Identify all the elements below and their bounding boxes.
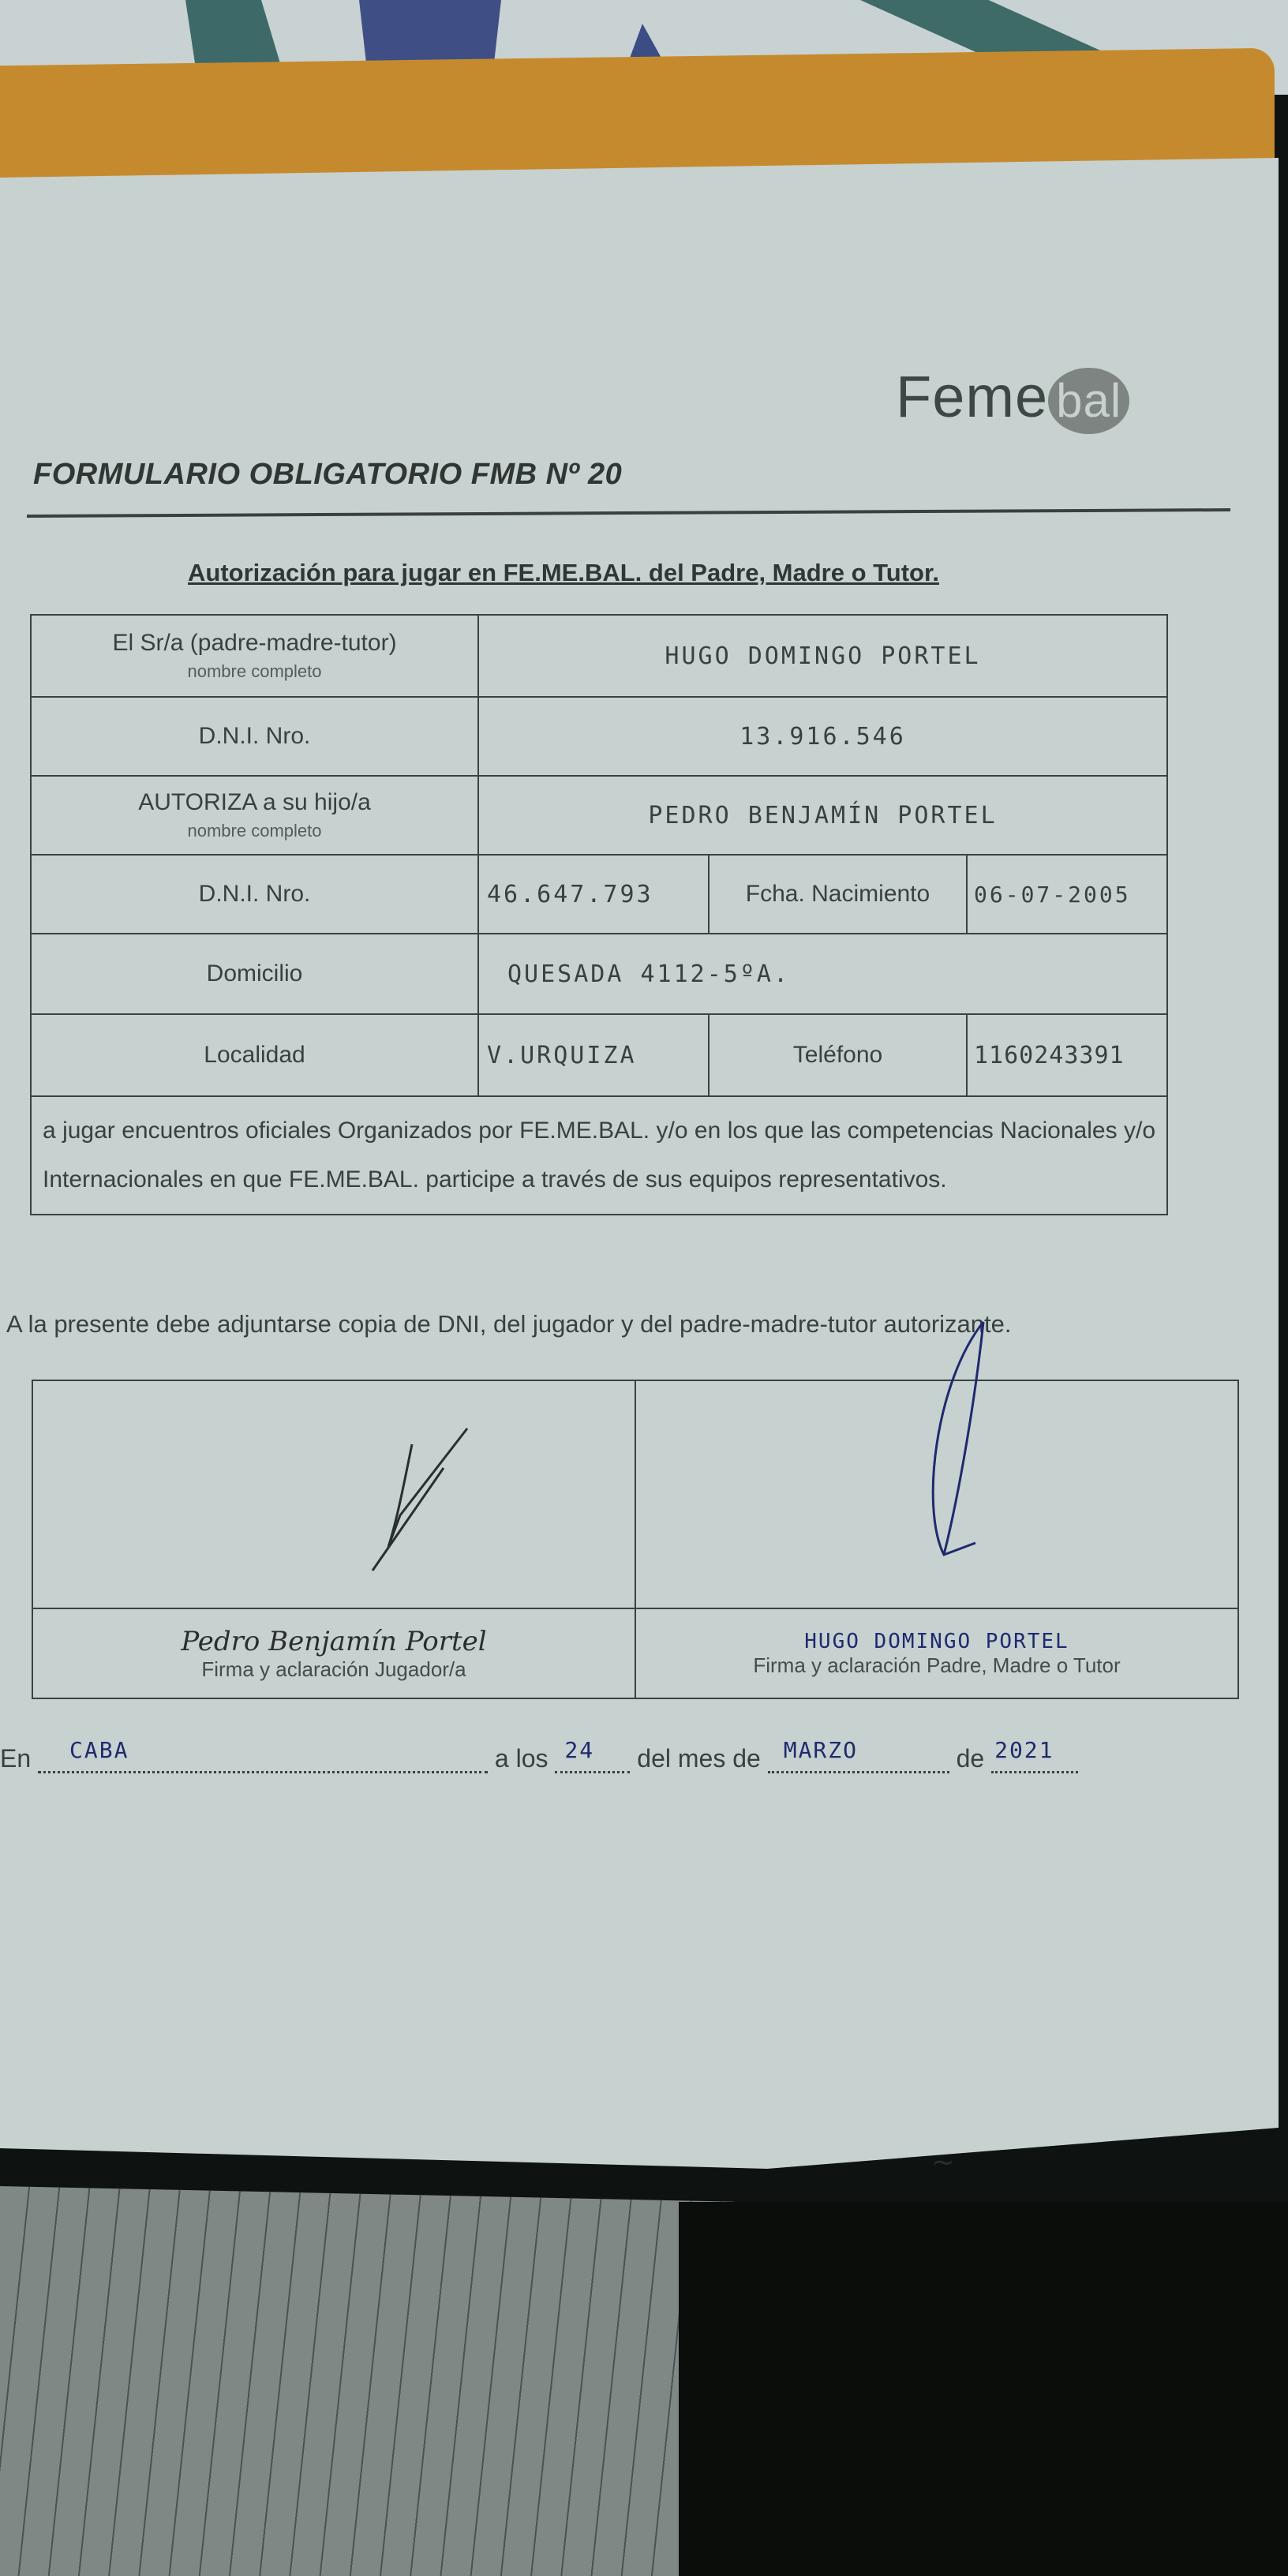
guardian-label-cell: El Sr/a (padre-madre-tutor) nombre compl…: [31, 615, 478, 697]
reverse-side-signature: ~: [931, 2147, 955, 2179]
authorization-paragraph: a jugar encuentros oficiales Organizados…: [31, 1096, 1167, 1215]
player-signature-icon: [325, 1421, 483, 1594]
child-dni-label: D.N.I. Nro.: [31, 855, 478, 934]
guardian-name-field[interactable]: HUGO DOMINGO PORTEL: [478, 615, 1167, 697]
child-name-field[interactable]: PEDRO BENJAMÍN PORTEL: [478, 776, 1167, 855]
document: Femebal FORMULARIO OBLIGATORIO FMB Nº 20…: [0, 0, 1288, 2576]
address-label: Domicilio: [31, 934, 478, 1014]
day-field[interactable]: 24: [555, 1755, 630, 1773]
child-label-cell: AUTORIZA a su hijo/a nombre completo: [31, 776, 478, 855]
date-place-line: En CABA a los 24 del mes de MARZO de 202…: [0, 1744, 1078, 1773]
child-dni-field[interactable]: 46.647.793: [478, 855, 709, 934]
birth-date-label: Fcha. Nacimiento: [709, 855, 967, 934]
guardian-printed-name: HUGO DOMINGO PORTEL: [637, 1630, 1237, 1653]
guardian-clarification-cell: HUGO DOMINGO PORTEL Firma y aclaración P…: [635, 1608, 1238, 1698]
guardian-label: El Sr/a (padre-madre-tutor): [112, 630, 396, 656]
form-title: FORMULARIO OBLIGATORIO FMB Nº 20: [33, 458, 622, 492]
guardian-caption: Firma y aclaración Padre, Madre o Tutor: [753, 1653, 1120, 1677]
day-value: 24: [564, 1737, 594, 1763]
year-field[interactable]: 2021: [991, 1755, 1078, 1773]
player-caption: Firma y aclaración Jugador/a: [201, 1657, 466, 1681]
phone-field[interactable]: 1160243391: [967, 1014, 1167, 1096]
logo-badge: bal: [1048, 368, 1129, 434]
child-sublabel: nombre completo: [32, 821, 477, 841]
player-clarification-cell: Pedro Benjamín Portel Firma y aclaración…: [32, 1608, 635, 1698]
title-divider: [27, 508, 1230, 518]
dateline-prefix: En: [0, 1744, 31, 1773]
guardian-signature-icon: [889, 1318, 1046, 1578]
locality-field[interactable]: V.URQUIZA: [478, 1014, 709, 1096]
player-signature-box[interactable]: [32, 1380, 635, 1608]
form-subtitle: Autorización para jugar en FE.ME.BAL. de…: [188, 559, 939, 587]
dateline-de: de: [957, 1744, 985, 1773]
locality-label: Localidad: [31, 1014, 478, 1096]
femebal-logo: Femebal: [896, 363, 1129, 434]
logo-text: Feme: [896, 364, 1048, 429]
year-value: 2021: [994, 1737, 1054, 1763]
city-field[interactable]: CABA: [38, 1755, 488, 1773]
dateline-a-los: a los: [495, 1744, 549, 1773]
address-field[interactable]: QUESADA 4112-5ºA.: [478, 934, 1167, 1014]
authorization-table: El Sr/a (padre-madre-tutor) nombre compl…: [30, 614, 1168, 1215]
guardian-dni-label: D.N.I. Nro.: [31, 697, 478, 776]
signature-table: Pedro Benjamín Portel Firma y aclaración…: [32, 1380, 1239, 1699]
guardian-dni-field[interactable]: 13.916.546: [478, 697, 1167, 776]
guardian-signature-box[interactable]: [635, 1380, 1238, 1608]
month-value: MARZO: [784, 1737, 858, 1763]
child-label: AUTORIZA a su hijo/a: [138, 789, 371, 815]
month-field[interactable]: MARZO: [768, 1755, 949, 1773]
birth-date-field[interactable]: 06-07-2005: [967, 855, 1167, 934]
dateline-del-mes-de: del mes de: [637, 1744, 761, 1773]
attachment-note: A la presente debe adjuntarse copia de D…: [6, 1310, 1012, 1339]
city-value: CABA: [69, 1737, 129, 1763]
player-printed-name: Pedro Benjamín Portel: [34, 1626, 634, 1657]
phone-label: Teléfono: [709, 1014, 967, 1096]
guardian-sublabel: nombre completo: [32, 661, 477, 682]
